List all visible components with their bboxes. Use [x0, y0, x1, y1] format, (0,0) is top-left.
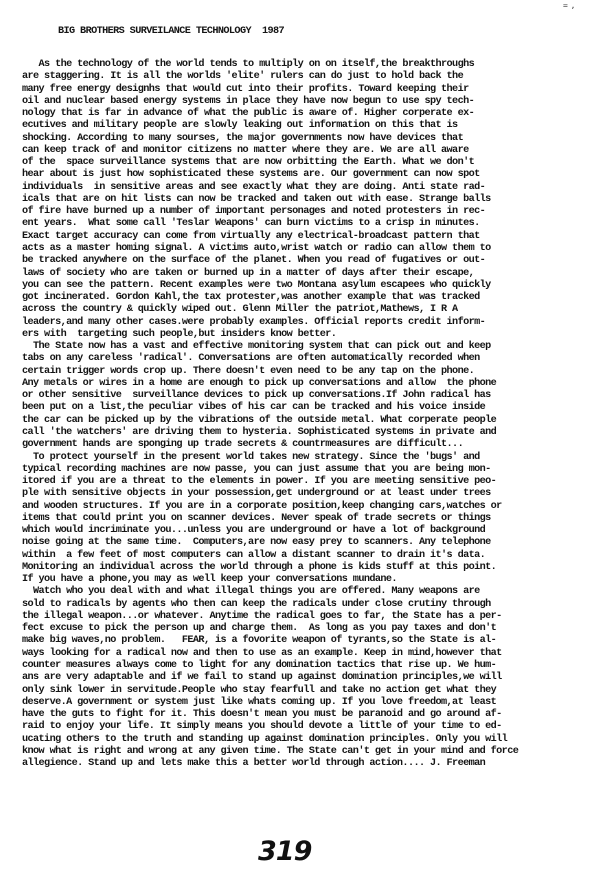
text-line: Any metals or wires in a home are enough… — [22, 378, 592, 390]
text-line: which would incriminate you...unless you… — [22, 525, 592, 537]
text-line: deserve.A government or system just like… — [22, 697, 592, 709]
text-line: you can see the pattern. Recent examples… — [22, 280, 592, 292]
text-line: know what is right and wrong at any give… — [22, 746, 592, 758]
text-line: acts as a master homing signal. A victim… — [22, 243, 592, 255]
text-line: be tracked anywhere on the surface of th… — [22, 255, 592, 267]
text-line: shocking. According to many sourses, the… — [22, 133, 592, 145]
text-line: counter measures always come to light fo… — [22, 660, 592, 672]
text-line: sold to radicals by agents who then can … — [22, 599, 592, 611]
text-line: ans are very adaptable and if we fail to… — [22, 672, 592, 684]
text-line: or other sensitive surveillance devices … — [22, 390, 592, 402]
text-line: fect excuse to pick the person up and ch… — [22, 623, 592, 635]
text-line: oil and nuclear based energy systems in … — [22, 96, 592, 108]
text-line: ent years. What some call 'Teslar Weapon… — [22, 218, 592, 230]
text-line: have the guts to fight for it. This does… — [22, 709, 592, 721]
text-line: only sink lower in servitude.People who … — [22, 685, 592, 697]
text-line: make big waves,no problem. FEAR, is a fo… — [22, 635, 592, 647]
text-line: individuals in sensitive areas and see e… — [22, 182, 592, 194]
text-line: across the country & quickly wiped out. … — [22, 304, 592, 316]
text-line: and wooden structures. If you are in a c… — [22, 501, 592, 513]
text-line: government hands are sponging up trade s… — [22, 439, 592, 451]
text-line: of fire have burned up a number of impor… — [22, 206, 592, 218]
text-line: typical recording machines are now passe… — [22, 464, 592, 476]
text-line: nology that is far in advance of what th… — [22, 108, 592, 120]
text-line: been put on a list,the peculiar vibes of… — [22, 402, 592, 414]
text-line: Exact target accuracy can come from virt… — [22, 231, 592, 243]
text-line: ecutives and military people are slowly … — [22, 120, 592, 132]
text-line: ers with targeting such people,but insid… — [22, 329, 592, 341]
text-line: laws of society who are taken or burned … — [22, 268, 592, 280]
text-line: Watch who you deal with and what illegal… — [22, 586, 592, 598]
text-line: ple with sensitive objects in your posse… — [22, 488, 592, 500]
text-line: tabs on any careless 'radical'. Conversa… — [22, 353, 592, 365]
text-line: the illegal weapon...or whatever. Anytim… — [22, 611, 592, 623]
text-line: allegience. Stand up and lets make this … — [22, 758, 592, 770]
text-line: If you have a phone,you may as well keep… — [22, 574, 592, 586]
text-line: many free energy designhs that would cut… — [22, 84, 592, 96]
text-line: certain trigger words crop up. There doe… — [22, 366, 592, 378]
text-line: call 'the watchers' are driving them to … — [22, 427, 592, 439]
text-line: To protect yourself in the present world… — [22, 452, 592, 464]
document-title: BIG BROTHERS SURVEILANCE TECHNOLOGY 1987 — [58, 26, 284, 37]
text-line: noise going at the same time. Computers,… — [22, 537, 592, 549]
text-line: of the space surveillance systems that a… — [22, 157, 592, 169]
text-line: ucating others to the truth and standing… — [22, 734, 592, 746]
text-line: hear about is just how sophisticated the… — [22, 169, 592, 181]
text-line: can keep track of and monitor citizens n… — [22, 145, 592, 157]
text-line: raid to enjoy your life. It simply means… — [22, 721, 592, 733]
text-line: are staggering. It is all the worlds 'el… — [22, 71, 592, 83]
text-line: items that could print you on scanner de… — [22, 513, 592, 525]
text-line: got incinerated. Gordon Kahl,the tax pro… — [22, 292, 592, 304]
text-line: ways looking for a radical now and then … — [22, 648, 592, 660]
text-line: icals that are on hit lists can now be t… — [22, 194, 592, 206]
text-line: The State now has a vast and effective m… — [22, 341, 592, 353]
text-line: itored if you are a threat to the elemen… — [22, 476, 592, 488]
text-line: within a few feet of most computers can … — [22, 550, 592, 562]
text-line: the car can be picked up by the vibratio… — [22, 415, 592, 427]
text-line: As the technology of the world tends to … — [22, 59, 592, 71]
text-line: leaders,and many other cases.were probab… — [22, 317, 592, 329]
document-page: = , BIG BROTHERS SURVEILANCE TECHNOLOGY … — [0, 0, 600, 873]
corner-mark: = , — [563, 1, 574, 10]
text-line: Monitoring an individual across the worl… — [22, 562, 592, 574]
handwritten-page-number: 319 — [258, 836, 311, 867]
document-body: As the technology of the world tends to … — [22, 59, 592, 770]
